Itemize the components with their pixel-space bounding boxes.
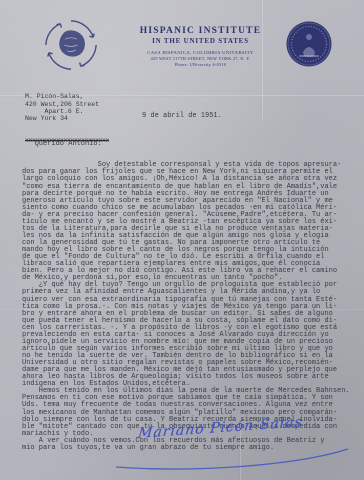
letterhead-subtitle: IN THE UNITED STATES: [118, 37, 283, 46]
letterhead-title: HISPANIC INSTITUTE: [118, 26, 283, 37]
recipient-line: M. Picón-Salas,: [25, 93, 109, 100]
letterhead-phone: Phone: UNiversity 4-0310: [118, 62, 283, 68]
recipient-line: 420 West,206 Street: [25, 101, 109, 108]
recipient-line: New York 34: [25, 115, 109, 122]
recipient-lines: M. Picón-Salas,420 West,206 Street Apart…: [25, 93, 109, 122]
signature-block: Mariano Picón-Salas: [138, 419, 328, 459]
body-lines: Soy detestable corresponsal y esta vida …: [22, 162, 350, 452]
recipient-line: Apart.6 E.: [25, 108, 109, 115]
scanned-letter-page: HISPANIC INSTITUTE IN THE UNITED STATES …: [0, 0, 364, 480]
hispanic-institute-stamp-icon: [42, 16, 100, 79]
date-line: 9 de abril de 1951.: [142, 112, 222, 120]
signature-name: Mariano Picón-Salas: [137, 414, 303, 442]
letterhead: HISPANIC INSTITUTE IN THE UNITED STATES …: [118, 26, 283, 68]
salutation: Querido Antonio:: [22, 141, 350, 148]
columbia-university-seal-icon: [284, 20, 334, 75]
